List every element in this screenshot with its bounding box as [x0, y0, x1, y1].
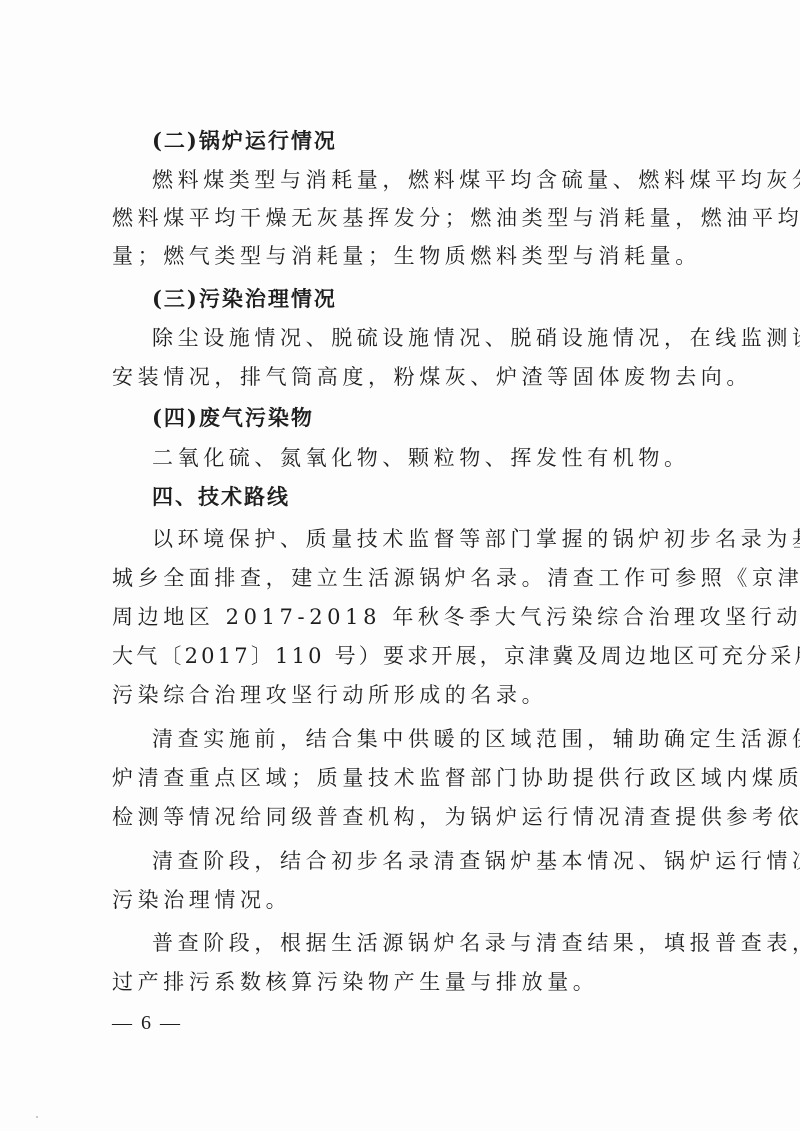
paragraph-line: 大气〔2017〕110 号）要求开展，京津冀及周边地区可充分采用大气 — [112, 643, 800, 669]
paragraph-line: 检测等情况给同级普查机构，为锅炉运行情况清查提供参考依据。 — [112, 804, 800, 830]
paragraph-line: 城乡全面排查，建立生活源锅炉名录。清查工作可参照《京津冀及 — [112, 565, 800, 591]
section-heading-pollution-control: (三)污染治理情况 — [152, 286, 337, 312]
paragraph-line: 污染综合治理攻坚行动所形成的名录。 — [112, 682, 547, 708]
paragraph-line: 量；燃气类型与消耗量；生物质燃料类型与消耗量。 — [112, 243, 701, 269]
section-heading-technical-route: 四、技术路线 — [152, 484, 290, 510]
paragraph-line: 以环境保护、质量技术监督等部门掌握的锅炉初步名录为基础， — [152, 526, 800, 552]
section-heading-boiler-operation: (二)锅炉运行情况 — [152, 128, 337, 154]
paragraph-line: 过产排污系数核算污染物产生量与排放量。 — [112, 969, 598, 995]
paragraph-line: 清查阶段，结合初步名录清查锅炉基本情况、锅炉运行情况和 — [152, 848, 800, 874]
paragraph-line: 燃料煤类型与消耗量，燃料煤平均含硫量、燃料煤平均灰分、 — [152, 167, 800, 193]
paragraph-line: 污染治理情况。 — [112, 887, 291, 913]
section-heading-exhaust-pollutants: (四)废气污染物 — [152, 405, 314, 431]
scan-speck — [36, 1116, 38, 1118]
paragraph-line: 普查阶段，根据生活源锅炉名录与清查结果，填报普查表，通 — [152, 930, 800, 956]
paragraph-line: 燃料煤平均干燥无灰基挥发分；燃油类型与消耗量，燃油平均含硫 — [112, 205, 800, 231]
paragraph-line: 安装情况，排气筒高度，粉煤灰、炉渣等固体废物去向。 — [112, 364, 752, 390]
paragraph-line: 除尘设施情况、脱硫设施情况、脱硝设施情况，在线监测设施 — [152, 325, 800, 351]
paragraph-line: 清查实施前，结合集中供暖的区域范围，辅助确定生活源供暖锅 — [152, 726, 800, 752]
paragraph-line: 周边地区 2017-2018 年秋冬季大气污染综合治理攻坚行动方案》(环 — [112, 604, 800, 630]
page-number: — 6 — — [112, 1012, 182, 1035]
paragraph-line: 炉清查重点区域；质量技术监督部门协助提供行政区域内煤质、燃油 — [112, 765, 800, 791]
paragraph-line: 二氧化硫、氮氧化物、颗粒物、挥发性有机物。 — [152, 445, 690, 471]
